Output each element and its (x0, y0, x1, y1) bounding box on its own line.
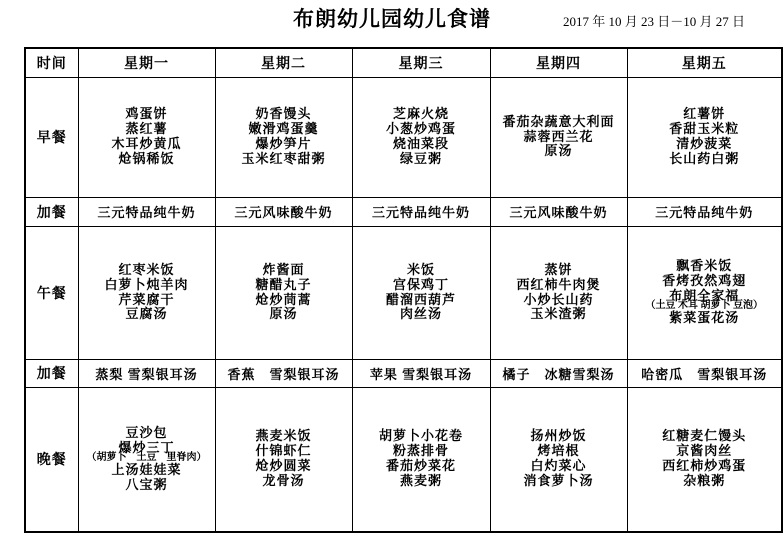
col-header-day: 星期三 (352, 48, 490, 77)
dish-item: 肉丝汤 (400, 307, 442, 322)
dish-item: 奶香馒头 (255, 107, 311, 122)
page-title: 布朗幼儿园幼儿食谱 (293, 3, 491, 33)
menu-cell: 扬州炒饭烤培根白灼菜心消食萝卜汤 (490, 387, 627, 532)
dish-item: 飘香米饭 (676, 259, 732, 274)
menu-cell: 三元特品纯牛奶 (352, 197, 490, 226)
menu-cell: 三元特品纯牛奶 (627, 197, 782, 226)
dish-item: 消食萝卜汤 (523, 474, 593, 489)
dish-item: 芹菜腐干 (118, 293, 174, 308)
dish-item: 粉蒸排骨 (393, 444, 449, 459)
dish-item: 豆腐汤 (125, 307, 167, 322)
dish-item: 原汤 (269, 307, 297, 322)
dish-item: 爆炒笋片 (255, 137, 311, 152)
dish-item: 炸酱面 (262, 263, 304, 278)
dish-item: 番茄炒菜花 (386, 459, 456, 474)
snack-item: 苹果 雪梨银耳汤 (353, 364, 490, 383)
dish-item: 什锦虾仁 (255, 444, 311, 459)
dish-item: 宫保鸡丁 (393, 278, 449, 293)
menu-cell: 红糖麦仁馒头京酱肉丝西红柿炒鸡蛋杂粮粥 (627, 387, 782, 532)
dish-item: 龙骨汤 (262, 474, 304, 489)
snack-item: 哈密瓜 雪梨银耳汤 (628, 364, 782, 383)
dish-stack: 飘香米饭香烤孜然鸡翅布朗全家福（土豆 木耳 胡萝卜 豆泡）紫菜蛋花汤 (628, 254, 782, 331)
dish-item: 京酱肉丝 (676, 444, 732, 459)
dish-stack: 胡萝卜小花卷粉蒸排骨番茄炒菜花燕麦粥 (353, 424, 490, 494)
dish-item: 八宝粥 (125, 478, 167, 493)
menu-cell: 胡萝卜小花卷粉蒸排骨番茄炒菜花燕麦粥 (352, 387, 490, 532)
col-header-day: 星期二 (215, 48, 352, 77)
dish-item: 上汤娃娃菜 (111, 463, 181, 478)
menu-cell: 红枣米饭白萝卜炖羊肉芹菜腐干豆腐汤 (78, 226, 215, 359)
dish-item: 蒜蓉西兰花 (523, 130, 593, 145)
table-row: 加餐三元特品纯牛奶三元风味酸牛奶三元特品纯牛奶三元风味酸牛奶三元特品纯牛奶 (25, 197, 782, 226)
dish-item: 紫菜蛋花汤 (669, 311, 739, 326)
dish-stack: 米饭宫保鸡丁醋溜西葫芦肉丝汤 (353, 258, 490, 328)
dish-stack: 红枣米饭白萝卜炖羊肉芹菜腐干豆腐汤 (79, 258, 215, 328)
dish-item: 杂粮粥 (683, 474, 725, 489)
menu-cell: 蒸梨 雪梨银耳汤 (78, 359, 215, 387)
dish-item: 清炒菠菜 (676, 137, 732, 152)
dish-item: 番茄杂蔬意大利面 (502, 115, 614, 130)
menu-cell: 三元特品纯牛奶 (78, 197, 215, 226)
menu-cell: 燕麦米饭什锦虾仁炝炒圆菜龙骨汤 (215, 387, 352, 532)
menu-cell: 芝麻火烧小葱炒鸡蛋烧油菜段绿豆粥 (352, 77, 490, 197)
menu-cell: 飘香米饭香烤孜然鸡翅布朗全家福（土豆 木耳 胡萝卜 豆泡）紫菜蛋花汤 (627, 226, 782, 359)
table-row: 午餐红枣米饭白萝卜炖羊肉芹菜腐干豆腐汤炸酱面糖醋丸子炝炒茼蒿原汤米饭宫保鸡丁醋溜… (25, 226, 782, 359)
table-body: 早餐鸡蛋饼蒸红薯木耳炒黄瓜炝锅稀饭奶香馒头嫩滑鸡蛋羹爆炒笋片玉米红枣甜粥芝麻火烧… (25, 77, 782, 532)
dish-item: 原汤 (544, 144, 572, 159)
dish-stack: 豆沙包爆炒三丁（胡萝卜 土豆 里脊肉）上汤娃娃菜八宝粥 (79, 421, 215, 498)
dish-item: 胡萝卜小花卷 (379, 429, 463, 444)
row-label: 加餐 (25, 359, 78, 387)
menu-cell: 橘子 冰糖雪梨汤 (490, 359, 627, 387)
col-header-time: 时间 (25, 48, 78, 77)
menu-cell: 奶香馒头嫩滑鸡蛋羹爆炒笋片玉米红枣甜粥 (215, 77, 352, 197)
snack-item: 三元特品纯牛奶 (79, 202, 215, 221)
dish-item: 醋溜西葫芦 (386, 293, 456, 308)
table-row: 加餐蒸梨 雪梨银耳汤香蕉 雪梨银耳汤苹果 雪梨银耳汤橘子 冰糖雪梨汤哈密瓜 雪梨… (25, 359, 782, 387)
menu-cell: 米饭宫保鸡丁醋溜西葫芦肉丝汤 (352, 226, 490, 359)
dish-item: 炝炒茼蒿 (255, 293, 311, 308)
dish-item: 玉米红枣甜粥 (241, 152, 325, 167)
col-header-day: 星期四 (490, 48, 627, 77)
dish-stack: 燕麦米饭什锦虾仁炝炒圆菜龙骨汤 (216, 424, 352, 494)
menu-cell: 鸡蛋饼蒸红薯木耳炒黄瓜炝锅稀饭 (78, 77, 215, 197)
row-label: 晚餐 (25, 387, 78, 532)
dish-stack: 番茄杂蔬意大利面蒜蓉西兰花原汤 (491, 110, 627, 165)
dish-item: 炝炒圆菜 (255, 459, 311, 474)
col-header-day: 星期一 (78, 48, 215, 77)
dish-item: 嫩滑鸡蛋羹 (248, 122, 318, 137)
dish-item: 白灼菜心 (530, 459, 586, 474)
col-header-day: 星期五 (627, 48, 782, 77)
dish-item: 小炒长山药 (523, 293, 593, 308)
snack-item: 三元风味酸牛奶 (491, 202, 627, 221)
dish-stack: 炸酱面糖醋丸子炝炒茼蒿原汤 (216, 258, 352, 328)
dish-stack: 蒸饼西红柿牛肉煲小炒长山药玉米渣粥 (491, 258, 627, 328)
menu-cell: 炸酱面糖醋丸子炝炒茼蒿原汤 (215, 226, 352, 359)
row-label: 早餐 (25, 77, 78, 197)
table-row: 早餐鸡蛋饼蒸红薯木耳炒黄瓜炝锅稀饭奶香馒头嫩滑鸡蛋羹爆炒笋片玉米红枣甜粥芝麻火烧… (25, 77, 782, 197)
row-label: 加餐 (25, 197, 78, 226)
dish-stack: 芝麻火烧小葱炒鸡蛋烧油菜段绿豆粥 (353, 102, 490, 172)
date-range: 2017 年 10 月 23 日－10 月 27 日 (563, 11, 745, 30)
dish-item: 炝锅稀饭 (118, 152, 174, 167)
menu-cell: 豆沙包爆炒三丁（胡萝卜 土豆 里脊肉）上汤娃娃菜八宝粥 (78, 387, 215, 532)
dish-stack: 鸡蛋饼蒸红薯木耳炒黄瓜炝锅稀饭 (79, 102, 215, 172)
dish-item: 烧油菜段 (393, 137, 449, 152)
dish-item: 西红柿炒鸡蛋 (662, 459, 746, 474)
dish-item: 扬州炒饭 (530, 429, 586, 444)
menu-cell: 苹果 雪梨银耳汤 (352, 359, 490, 387)
dish-item: 木耳炒黄瓜 (111, 137, 181, 152)
dish-stack: 奶香馒头嫩滑鸡蛋羹爆炒笋片玉米红枣甜粥 (216, 102, 352, 172)
dish-item: 玉米渣粥 (530, 307, 586, 322)
document-header: 布朗幼儿园幼儿食谱 2017 年 10 月 23 日－10 月 27 日 (0, 0, 784, 47)
dish-item: 红糖麦仁馒头 (662, 429, 746, 444)
dish-stack: 扬州炒饭烤培根白灼菜心消食萝卜汤 (491, 424, 627, 494)
snack-item: 三元特品纯牛奶 (353, 202, 490, 221)
menu-cell: 蒸饼西红柿牛肉煲小炒长山药玉米渣粥 (490, 226, 627, 359)
snack-item: 蒸梨 雪梨银耳汤 (79, 364, 215, 383)
snack-item: 三元特品纯牛奶 (628, 202, 782, 221)
dish-stack: 红薯饼香甜玉米粒清炒菠菜长山药白粥 (628, 102, 782, 172)
dish-item: 香甜玉米粒 (669, 122, 739, 137)
dish-item: 小葱炒鸡蛋 (386, 122, 456, 137)
dish-item: 蒸饼 (544, 263, 572, 278)
dish-item: 豆沙包 (125, 426, 167, 441)
menu-table: 时间星期一星期二星期三星期四星期五 早餐鸡蛋饼蒸红薯木耳炒黄瓜炝锅稀饭奶香馒头嫩… (24, 47, 783, 533)
menu-cell: 哈密瓜 雪梨银耳汤 (627, 359, 782, 387)
dish-item: 鸡蛋饼 (125, 107, 167, 122)
dish-stack: 红糖麦仁馒头京酱肉丝西红柿炒鸡蛋杂粮粥 (628, 424, 782, 494)
snack-item: 三元风味酸牛奶 (216, 202, 352, 221)
menu-cell: 三元风味酸牛奶 (490, 197, 627, 226)
dish-item: 蒸红薯 (125, 122, 167, 137)
dish-item: 芝麻火烧 (393, 107, 449, 122)
dish-item: 红薯饼 (683, 107, 725, 122)
menu-cell: 番茄杂蔬意大利面蒜蓉西兰花原汤 (490, 77, 627, 197)
row-label: 午餐 (25, 226, 78, 359)
dish-item: 烤培根 (537, 444, 579, 459)
dish-item: 白萝卜炖羊肉 (104, 278, 188, 293)
menu-cell: 香蕉 雪梨银耳汤 (215, 359, 352, 387)
dish-item: 红枣米饭 (118, 263, 174, 278)
dish-item: 燕麦米饭 (255, 429, 311, 444)
menu-cell: 红薯饼香甜玉米粒清炒菠菜长山药白粥 (627, 77, 782, 197)
snack-item: 橘子 冰糖雪梨汤 (491, 364, 627, 383)
dish-item: 香烤孜然鸡翅 (662, 274, 746, 289)
dish-item: 长山药白粥 (669, 152, 739, 167)
table-head: 时间星期一星期二星期三星期四星期五 (25, 48, 782, 77)
header-row: 时间星期一星期二星期三星期四星期五 (25, 48, 782, 77)
dish-item: 糖醋丸子 (255, 278, 311, 293)
table-row: 晚餐豆沙包爆炒三丁（胡萝卜 土豆 里脊肉）上汤娃娃菜八宝粥燕麦米饭什锦虾仁炝炒圆… (25, 387, 782, 532)
dish-item: 绿豆粥 (400, 152, 442, 167)
menu-cell: 三元风味酸牛奶 (215, 197, 352, 226)
dish-item: 燕麦粥 (400, 474, 442, 489)
dish-item: 西红柿牛肉煲 (516, 278, 600, 293)
dish-item: 米饭 (407, 263, 435, 278)
snack-item: 香蕉 雪梨银耳汤 (216, 364, 352, 383)
